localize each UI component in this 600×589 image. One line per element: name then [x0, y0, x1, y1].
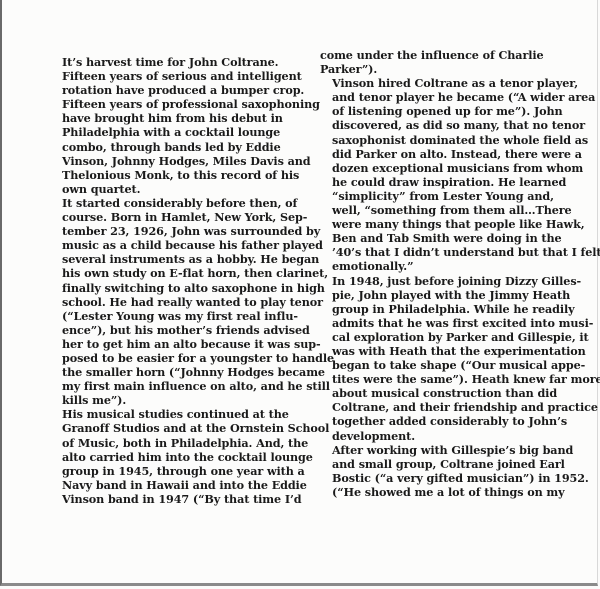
text-line: finally switching to alto saxophone in h… — [50, 281, 296, 295]
text-line: Granoff Studios and at the Ornstein Scho… — [50, 421, 296, 435]
text-line: group in Philadelphia. While he readily — [320, 302, 566, 316]
text-line: tites were the same”). Heath knew far mo… — [320, 372, 566, 386]
text-line: ence”), but his mother’s friends advised — [50, 323, 296, 337]
text-line: and small group, Coltrane joined Earl — [320, 457, 566, 471]
text-line: well, “something from them all…There — [320, 203, 566, 217]
text-line: tember 23, 1926, John was surrounded by — [50, 224, 296, 238]
text-line: of Music, both in Philadelphia. And, the — [50, 436, 296, 450]
paragraph: After working with Gillespie’s big band … — [320, 443, 566, 499]
text-line: Vinson hired Coltrane as a tenor player, — [320, 76, 566, 90]
right-column: come under the influence of Charlie Park… — [320, 48, 566, 499]
text-line: her to get him an alto because it was su… — [50, 337, 296, 351]
text-line: Vinson, Johnny Hodges, Miles Davis and — [50, 154, 296, 168]
text-line: own quartet. — [50, 182, 296, 196]
text-line: have brought him from his debut in — [50, 111, 296, 125]
text-line: Philadelphia with a cocktail lounge — [50, 125, 296, 139]
text-line: the smaller horn (“Johnny Hodges became — [50, 365, 296, 379]
text-line: was with Heath that the experimentation — [320, 344, 566, 358]
text-line: (“He showed me a lot of things on my — [320, 485, 566, 499]
text-line: Navy band in Hawaii and into the Eddie — [50, 478, 296, 492]
text-line: kills me”). — [50, 393, 296, 407]
text-line: Parker”). — [320, 62, 566, 76]
text-line: Vinson band in 1947 (“By that time I’d — [50, 492, 296, 506]
text-line: together added considerably to John’s — [320, 414, 566, 428]
text-line: rotation have produced a bumper crop. — [50, 83, 296, 97]
text-line: In 1948, just before joining Dizzy Gille… — [320, 274, 566, 288]
text-line: Thelonious Monk, to this record of his — [50, 168, 296, 182]
text-line: of listening opened up for me”). John — [320, 104, 566, 118]
text-line: Ben and Tab Smith were doing in the — [320, 231, 566, 245]
text-line: admits that he was first excited into mu… — [320, 316, 566, 330]
text-line: my first main influence on alto, and he … — [50, 379, 296, 393]
text-line: and tenor player he became (“A wider are… — [320, 90, 566, 104]
text-line: After working with Gillespie’s big band — [320, 443, 566, 457]
text-line: posed to be easier for a youngster to ha… — [50, 351, 296, 365]
text-line: dozen exceptional musicians from whom — [320, 161, 566, 175]
paragraph: It started considerably before then, of … — [50, 196, 296, 407]
text-line: Fifteen years of professional saxophonin… — [50, 97, 296, 111]
paragraph: Vinson hired Coltrane as a tenor player,… — [320, 76, 566, 273]
paragraph: In 1948, just before joining Dizzy Gille… — [320, 274, 566, 443]
text-line: It started considerably before then, of — [50, 196, 296, 210]
text-line: several instruments as a hobby. He began — [50, 252, 296, 266]
liner-notes-page: It’s harvest time for John Coltrane. Fif… — [0, 0, 598, 586]
text-line: “simplicity” from Lester Young and, — [320, 189, 566, 203]
text-line: his own study on E-flat horn, then clari… — [50, 266, 296, 280]
text-line: did Parker on alto. Instead, there were … — [320, 147, 566, 161]
text-line: come under the influence of Charlie — [320, 48, 566, 62]
paragraph: It’s harvest time for John Coltrane. Fif… — [50, 55, 296, 196]
text-line: pie, John played with the Jimmy Heath — [320, 288, 566, 302]
text-line: ’40’s that I didn’t understand but that … — [320, 245, 566, 259]
text-line: were many things that people like Hawk, — [320, 217, 566, 231]
text-line: alto carried him into the cocktail loung… — [50, 450, 296, 464]
paragraph: His musical studies continued at the Gra… — [50, 407, 296, 506]
text-line: music as a child because his father play… — [50, 238, 296, 252]
left-column: It’s harvest time for John Coltrane. Fif… — [50, 55, 296, 506]
text-line: (“Lester Young was my first real influ- — [50, 309, 296, 323]
text-line: development. — [320, 429, 566, 443]
text-line: course. Born in Hamlet, New York, Sep- — [50, 210, 296, 224]
text-line: Bostic (“a very gifted musician”) in 195… — [320, 471, 566, 485]
text-line: he could draw inspiration. He learned — [320, 175, 566, 189]
text-line: school. He had really wanted to play ten… — [50, 295, 296, 309]
text-line: Fifteen years of serious and intelligent — [50, 69, 296, 83]
text-line: It’s harvest time for John Coltrane. — [50, 55, 296, 69]
text-line: His musical studies continued at the — [50, 407, 296, 421]
text-line: discovered, as did so many, that no teno… — [320, 118, 566, 132]
text-line: began to take shape (“Our musical appe- — [320, 358, 566, 372]
text-line: group in 1945, through one year with a — [50, 464, 296, 478]
text-line: combo, through bands led by Eddie — [50, 140, 296, 154]
paragraph: come under the influence of Charlie Park… — [320, 48, 566, 76]
text-line: about musical construction than did — [320, 386, 566, 400]
text-line: emotionally.” — [320, 259, 566, 273]
text-line: Coltrane, and their friendship and pract… — [320, 400, 566, 414]
text-line: cal exploration by Parker and Gillespie,… — [320, 330, 566, 344]
text-line: saxophonist dominated the whole field as — [320, 133, 566, 147]
